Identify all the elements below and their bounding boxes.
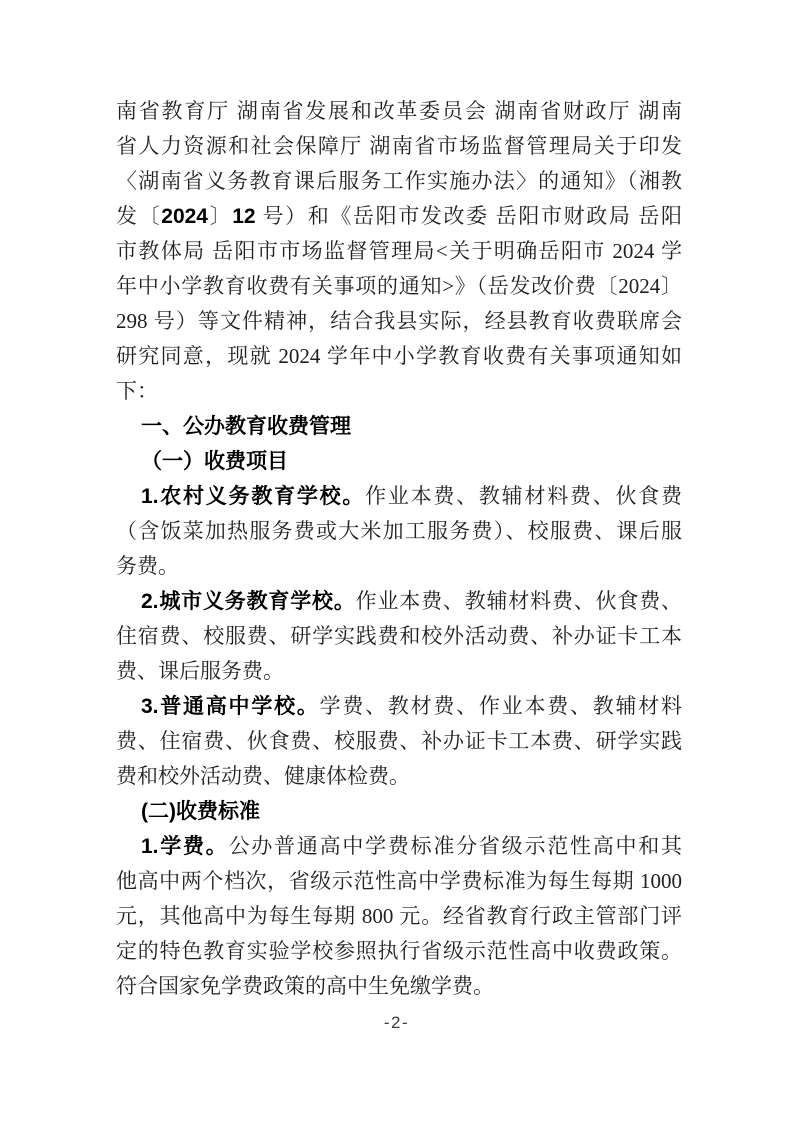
paragraph-line: 符合国家免学费政策的高中生免缴学费。	[116, 969, 682, 1004]
body-text-segment: 他高中两个档次，省级示范性高中学费标准为每生每期 1000	[116, 869, 682, 893]
paragraph-line: 费和校外活动费、健康体检费。	[116, 759, 682, 794]
body-text-segment: 研究同意，现就 2024 学年中小学教育收费有关事项通知如	[116, 344, 682, 368]
paragraph-line: 研究同意，现就 2024 学年中小学教育收费有关事项通知如	[116, 339, 682, 374]
body-text-segment: 定的特色教育实验学校参照执行省级示范性高中收费政策。	[116, 939, 682, 963]
body-text-segment: 下：	[116, 379, 158, 403]
document-page: 南省教育厅 湖南省发展和改革委员会 湖南省财政厅 湖南省人力资源和社会保障厅 湖…	[0, 0, 793, 1122]
bold-text-segment: 12	[232, 205, 255, 228]
paragraph-line: 元，其他高中为每生每期 800 元。经省教育行政主管部门评	[116, 899, 682, 934]
paragraph-line: 费、课后服务费。	[116, 654, 682, 689]
bold-text-segment: 1.学费。	[141, 835, 229, 858]
body-text-segment: 南省教育厅 湖南省发展和改革委员会 湖南省财政厅 湖南	[116, 99, 682, 123]
bold-text-segment: 2.城市义务教育学校。	[141, 590, 356, 613]
section-heading: 一、公办教育收费管理	[116, 409, 682, 444]
bold-text-segment: 1.农村义务教育学校。	[141, 485, 365, 508]
document-body: 南省教育厅 湖南省发展和改革委员会 湖南省财政厅 湖南省人力资源和社会保障厅 湖…	[116, 94, 682, 1004]
item-lead-line: 2.城市义务教育学校。作业本费、教辅材料费、伙食费、	[116, 584, 682, 619]
body-text-segment: 费、住宿费、伙食费、校服费、补办证卡工本费、研学实践	[116, 729, 682, 753]
body-text-segment: 作业本费、教辅材料费、伙食费、	[356, 589, 682, 613]
body-text-segment: 号）和《岳阳市发改委 岳阳市财政局 岳阳	[256, 204, 682, 228]
paragraph-line: 定的特色教育实验学校参照执行省级示范性高中收费政策。	[116, 934, 682, 969]
item-lead-line: 1.农村义务教育学校。作业本费、教辅材料费、伙食费	[116, 479, 682, 514]
body-text-segment: 学费、教材费、作业本费、教辅材料	[320, 694, 682, 718]
paragraph-line: （含饭菜加热服务费或大米加工服务费）、校服费、课后服	[116, 514, 682, 549]
body-text-segment: 298 号）等文件精神，结合我县实际，经县教育收费联席会	[116, 309, 682, 333]
paragraph-line: 发〔2024〕12 号）和《岳阳市发改委 岳阳市财政局 岳阳	[116, 199, 682, 234]
body-text-segment: 市教体局 岳阳市市场监督管理局<关于明确岳阳市 2024 学	[116, 239, 682, 263]
body-text-segment: 费、课后服务费。	[116, 659, 284, 683]
paragraph-line: 南省教育厅 湖南省发展和改革委员会 湖南省财政厅 湖南	[116, 94, 682, 129]
page-footer: -2-	[0, 1012, 793, 1033]
paragraph-line: 市教体局 岳阳市市场监督管理局<关于明确岳阳市 2024 学	[116, 234, 682, 269]
body-text-segment: 年中小学教育收费有关事项的通知>》（岳发改价费〔2024〕	[116, 274, 682, 298]
body-text-segment: 住宿费、校服费、研学实践费和校外活动费、补办证卡工本	[116, 624, 682, 648]
paragraph-line: 下：	[116, 374, 682, 409]
page-number: -2-	[384, 1013, 409, 1032]
body-text-segment: 符合国家免学费政策的高中生免缴学费。	[116, 974, 494, 998]
bold-text-segment: 2024	[161, 205, 208, 228]
subsection-heading: (二)收费标准	[116, 794, 682, 829]
paragraph-line: 省人力资源和社会保障厅 湖南省市场监督管理局关于印发	[116, 129, 682, 164]
subsection-heading: （一）收费项目	[116, 444, 682, 479]
body-text-segment: 费和校外活动费、健康体检费。	[116, 764, 410, 788]
paragraph-line: 〈湖南省义务教育课后服务工作实施办法〉的通知》（湘教	[116, 164, 682, 199]
body-text-segment: （含饭菜加热服务费或大米加工服务费）、校服费、课后服	[116, 519, 682, 543]
bold-text-segment: 一、公办教育收费管理	[141, 415, 351, 438]
body-text-segment: 〕	[208, 204, 232, 228]
item-lead-line: 1.学费。公办普通高中学费标准分省级示范性高中和其	[116, 829, 682, 864]
body-text-segment: 公办普通高中学费标准分省级示范性高中和其	[229, 834, 682, 858]
body-text-segment: 发〔	[116, 204, 161, 228]
paragraph-line: 务费。	[116, 549, 682, 584]
bold-text-segment: （一）收费项目	[141, 450, 288, 473]
paragraph-line: 年中小学教育收费有关事项的通知>》（岳发改价费〔2024〕	[116, 269, 682, 304]
paragraph-line: 住宿费、校服费、研学实践费和校外活动费、补办证卡工本	[116, 619, 682, 654]
bold-text-segment: 3.普通高中学校。	[141, 695, 320, 718]
body-text-segment: 务费。	[116, 554, 179, 578]
body-text-segment: 元，其他高中为每生每期 800 元。经省教育行政主管部门评	[116, 904, 682, 928]
body-text-segment: 〈湖南省义务教育课后服务工作实施办法〉的通知》（湘教	[116, 169, 682, 193]
paragraph-line: 费、住宿费、伙食费、校服费、补办证卡工本费、研学实践	[116, 724, 682, 759]
paragraph-line: 他高中两个档次，省级示范性高中学费标准为每生每期 1000	[116, 864, 682, 899]
bold-text-segment: (二)收费标准	[141, 800, 260, 823]
body-text-segment: 省人力资源和社会保障厅 湖南省市场监督管理局关于印发	[116, 134, 682, 158]
item-lead-line: 3.普通高中学校。学费、教材费、作业本费、教辅材料	[116, 689, 682, 724]
paragraph-line: 298 号）等文件精神，结合我县实际，经县教育收费联席会	[116, 304, 682, 339]
body-text-segment: 作业本费、教辅材料费、伙食费	[365, 484, 682, 508]
